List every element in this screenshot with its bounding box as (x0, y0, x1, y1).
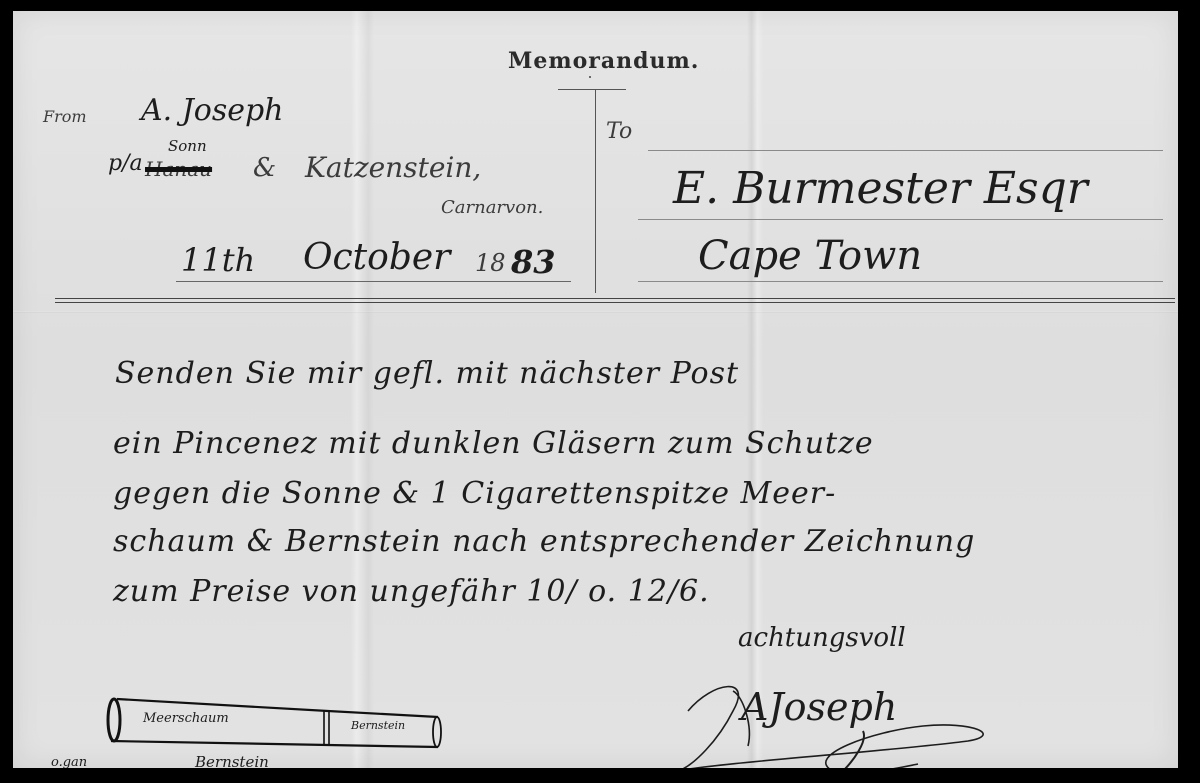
firm-insert: Sonn (168, 137, 207, 155)
header-double-rule (55, 298, 1175, 303)
sketch-label-bernstein: Bernstein (351, 719, 405, 732)
memorandum-title: Memorandum. (508, 48, 699, 74)
to-label: To (606, 119, 632, 144)
firm-partner: Katzenstein, (305, 151, 481, 184)
date-month: October (303, 237, 450, 278)
paper-crease (13, 311, 1178, 313)
body-line-1: Senden Sie mir gefl. mit nächster Post (115, 356, 739, 391)
to-rule-1 (648, 150, 1163, 151)
sender-place: Carnarvon. (441, 197, 543, 218)
closing-phrase: achtungsvoll (738, 623, 906, 653)
firm-ampersand: & (253, 153, 276, 183)
sketch-caption: Bernstein (195, 753, 269, 768)
sender-name: A. Joseph (141, 93, 284, 128)
recipient-name: E. Burmester Esqr (673, 163, 1088, 214)
body-line-3: gegen die Sonne & 1 Cigarettenspitze Mee… (113, 476, 836, 511)
title-rule (558, 89, 626, 90)
body-line-5: zum Preise von ungefähr 10/ o. 12/6. (113, 574, 710, 609)
signature-text: AJoseph (741, 685, 897, 729)
date-year-printed: 18 (475, 249, 506, 277)
date-rule (176, 281, 571, 282)
from-label: From (43, 107, 87, 126)
firm-prefix: p/a (108, 151, 143, 176)
body-line-2: ein Pincenez mit dunklen Gläsern zum Sch… (113, 426, 874, 461)
recipient-place: Cape Town (698, 233, 922, 279)
body-line-4: schaum & Bernstein nach entsprechender Z… (113, 524, 975, 559)
sketch-label-meerschaum: Meerschaum (143, 711, 229, 726)
signature: AJoseph (673, 671, 1073, 768)
date-year-handwritten: 83 (511, 243, 556, 281)
to-rule-2 (638, 219, 1163, 220)
sketch-caption-prefix: o.gan (51, 755, 87, 768)
to-rule-3 (638, 281, 1163, 282)
memorandum-paper: Memorandum. From A. Joseph p/a Sonn Hana… (13, 11, 1178, 768)
date-day: 11th (181, 241, 255, 279)
header-vertical-divider (595, 89, 596, 293)
cigarette-holder-sketch: Meerschaum Bernstein (103, 697, 448, 751)
firm-struck-name: Hanau (145, 157, 212, 181)
title-ornament-dot (589, 76, 591, 78)
